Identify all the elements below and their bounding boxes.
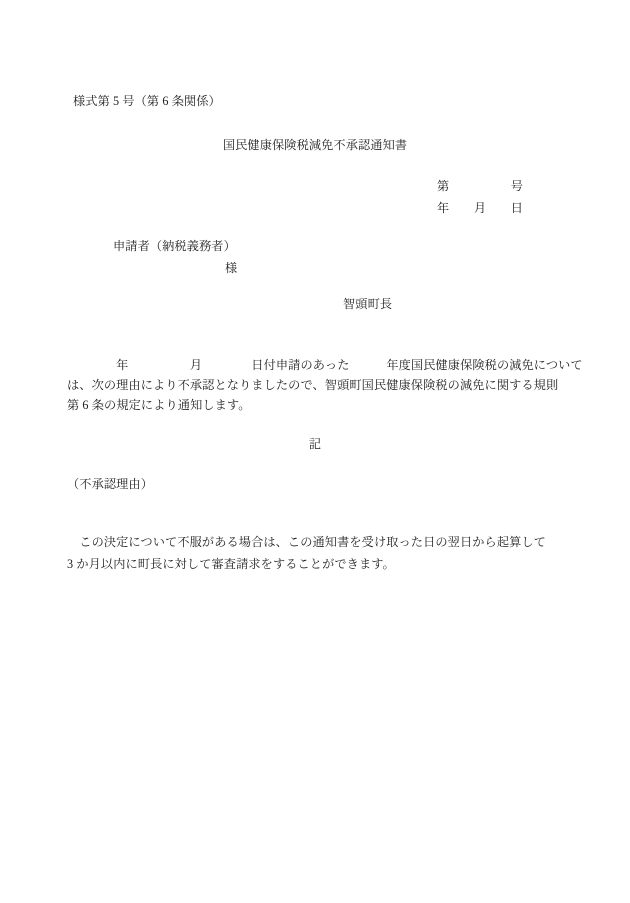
doc-number-line: 第 号: [437, 179, 523, 193]
document-title: 国民健康保険税減免不承認通知書: [0, 138, 630, 152]
honorific-sama: 様: [225, 261, 237, 275]
appeal-notice-line-2: 3 か月以内に町長に対して審査請求をすることができます。: [67, 557, 395, 571]
issuer-name: 智頭町長: [343, 297, 392, 311]
document-page: 様式第 5 号（第 6 条関係） 国民健康保険税減免不承認通知書 第 号 年 月…: [0, 0, 630, 903]
issue-date-line: 年 月 日: [437, 201, 523, 215]
notice-body-line-2: は、次の理由により不承認となりましたので、智頭町国民健康保険税の減免に関する規則: [67, 378, 558, 392]
notice-body-line-3: 第 6 条の規定により通知します。: [67, 398, 251, 412]
notice-body-line-1: 年 月 日付申請のあった 年度国民健康保険税の減免について: [67, 358, 583, 372]
form-number-label: 様式第 5 号（第 6 条関係）: [73, 94, 221, 108]
section-heading-ki: 記: [0, 437, 630, 451]
appeal-notice-line-1: この決定について不服がある場合は、この通知書を受け取った日の翌日から起算して: [67, 535, 546, 549]
applicant-label: 申請者（納税義務者）: [113, 239, 236, 253]
disapproval-reason-label: （不承認理由）: [67, 477, 153, 491]
